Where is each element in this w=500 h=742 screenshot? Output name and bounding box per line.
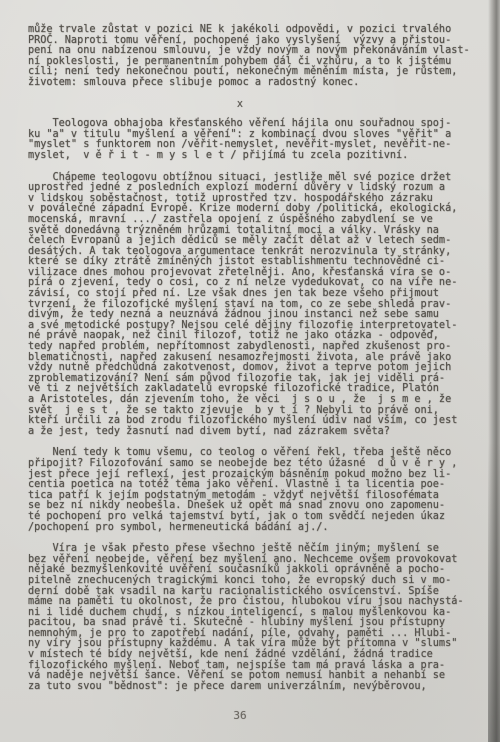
text-paragraph: Teologova obhajoba křesťanského věření h… xyxy=(28,119,492,161)
document-page: může trvale zůstat v pozici NE k jakékol… xyxy=(0,0,500,742)
text-paragraph: Chápeme teologovu obtížnou situaci, jest… xyxy=(28,173,492,438)
text-paragraph: Není tedy k tomu všemu, co teolog o věře… xyxy=(28,448,492,533)
text-column: může trvale zůstat v pozici NE k jakékol… xyxy=(28,25,492,703)
text-paragraph: může trvale zůstat v pozici NE k jakékol… xyxy=(28,25,492,89)
page-number: 36 xyxy=(0,709,480,722)
scan-edge-shadow xyxy=(488,0,500,742)
text-paragraph: Víra je však přesto přese všechno ještě … xyxy=(28,544,492,692)
section-separator: x xyxy=(28,100,452,111)
